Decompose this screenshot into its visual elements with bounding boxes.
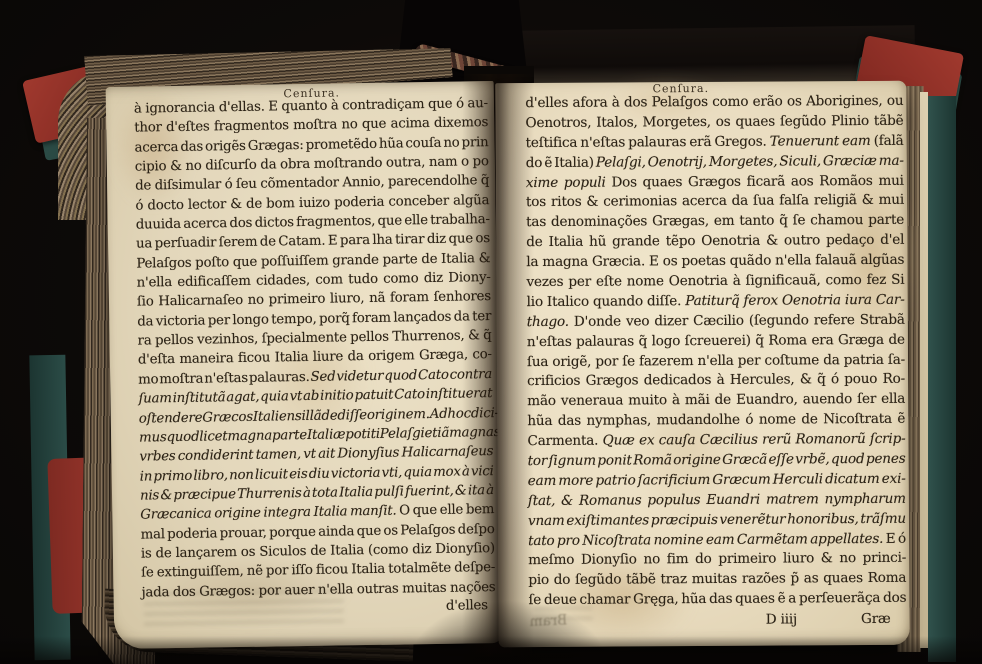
text-line: ſtat,&RomanuspopulusEuandrimatremnymphar… (528, 491, 906, 513)
signature-row: D iiij Græ (529, 611, 907, 633)
text-line: thago.D'ondeveodizerCæcilio(ſegundorefer… (527, 312, 905, 334)
text-line: meſmoDionyſionofimdoprimeiroliuro&noprin… (528, 550, 906, 572)
text-line: teſtifican'eſtaspalauraserãGregos.Tenuer… (526, 133, 904, 155)
text-line: tosritos&cerimoniasacercadaſuafalſarelig… (526, 192, 904, 214)
text-line: d'ellesaforaàdosPelaſgoscomoerãoosAborig… (525, 93, 903, 115)
text-line: mãovenerauamuitoàmãideEuandro,auendoſere… (527, 391, 905, 413)
text-line: torſignumponitRomãorigineGræcãeſſevrbẽ,q… (528, 451, 906, 473)
text-line: tasdenominaçõesGrægas,emtantoq̃ſechamoup… (526, 212, 904, 234)
text-line: doẽItalia)Pelaſgi,Oenotrij,Morgetes,Sicu… (526, 152, 904, 174)
text-column: d'ellesaforaàdosPelaſgoscomoerãoosAborig… (525, 93, 906, 612)
book-photograph: Cenſura. àignoranciad'ellas.Equantoàcont… (0, 0, 982, 664)
right-page: Bram Cenſura. d'ellesaforaàdosPelaſgosco… (495, 81, 909, 648)
text-line: tatoproNicoſtratanomineeamCarmẽtamappell… (528, 530, 906, 552)
text-line: ximepopuliDosquaesGrægosficarãaosRomãosm… (526, 172, 904, 194)
text-line: ſuaorigẽ,porſefazeremn'ellapercoſtumedap… (527, 351, 905, 373)
text-line: ſedeuechamarGręga,hũadasquaesẽaperſeuerã… (528, 590, 906, 612)
text-line: Carmenta.QuæexcauſaCæciliusrerũRomanorũſ… (527, 431, 905, 453)
text-line: piodoſegũdotãbẽtrazmuitasrazõesp̃asquaes… (528, 570, 906, 592)
text-line: n'eſtaspalaurasq̃logoſcreuerei)q̃Romaera… (527, 331, 905, 353)
catchword: Græ (861, 611, 891, 631)
text-line: vezespereſtenomeOenotriaàſignificauã,com… (526, 272, 904, 294)
text-column: àignoranciad'ellas.Equantoàcontradiçamqu… (134, 96, 496, 604)
text-line: lioItalicoquandodiſſe.Patiturq̃feroxOeno… (527, 292, 905, 314)
flyleaf-edge-sliver (920, 92, 928, 648)
text-line: deItaliahũgrandetẽpoOenotria&outropedaço… (526, 232, 904, 254)
text-line: Oenotros,Italos,Morgetes,osquaesſegũdoPl… (525, 113, 903, 135)
text-line: vnamexiſtimantespræcipuisvenerẽturhonori… (528, 510, 906, 532)
signature-mark: D iiij (766, 611, 797, 631)
text-line: hũadasnymphas,mudandolheónomedeNicoſtrat… (527, 411, 905, 433)
text-line: crificiosGrægosdedicadosàHercules,&q̃ópo… (527, 371, 905, 393)
catchword-row: d'elles (142, 598, 496, 624)
text-line: eammorepatrioſacrificiumGræcumHerculidic… (528, 471, 906, 493)
text-line: lamagnaGræcia.Eospoetasquãdon'ellafalauã… (526, 252, 904, 274)
catchword: d'elles (446, 598, 488, 619)
board-teal-edge-right (928, 96, 956, 662)
left-page: Cenſura. àignoranciad'ellas.Equantoàcont… (106, 81, 503, 649)
